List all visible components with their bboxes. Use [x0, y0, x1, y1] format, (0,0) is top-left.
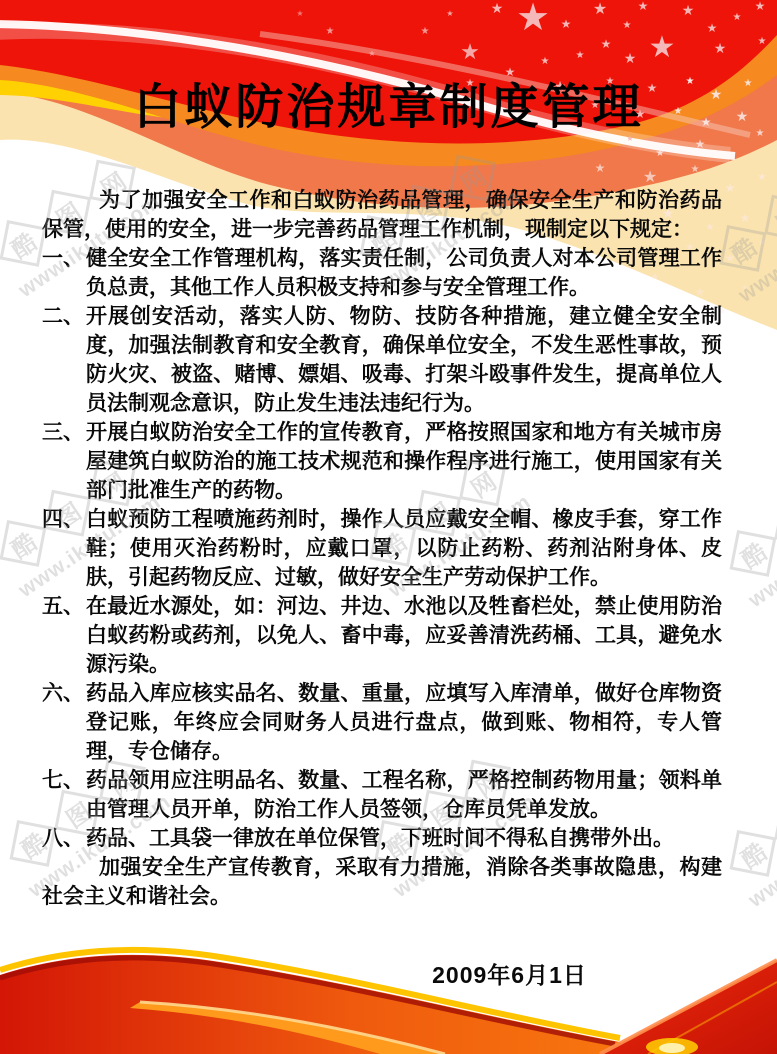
rule-text: 开展白蚁防治安全工作的宣传教育，严格按照国家和地方有关城市房屋建筑白蚁防治的施工… — [86, 418, 722, 505]
rule-item: 七、 药品领用应注明品名、数量、工程名称，严格控制药物用量；领料单由管理人员开单… — [42, 766, 722, 824]
rule-number: 七、 — [42, 766, 86, 824]
rule-text: 药品领用应注明品名、数量、工程名称，严格控制药物用量；领料单由管理人员开单，防治… — [86, 766, 722, 824]
rule-item: 一、 健全安全工作管理机构，落实责任制，公司负责人对本公司管理工作负总责，其他工… — [42, 244, 722, 302]
closing-paragraph: 加强安全生产宣传教育，采取有力措施，消除各类事故隐患，构建社会主义和谐社会。 — [42, 853, 722, 911]
rule-number: 三、 — [42, 418, 86, 505]
watermark-url: www.ikutu.com — [718, 782, 777, 931]
rule-item: 八、 药品、工具袋一律放在单位保管，下班时间不得私自携带外出。 — [42, 824, 722, 853]
rule-item: 三、 开展白蚁防治安全工作的宣传教育，严格按照国家和地方有关城市房屋建筑白蚁防治… — [42, 418, 722, 505]
watermark-logo-char: 酷 — [730, 530, 777, 577]
rule-number: 五、 — [42, 592, 86, 679]
rule-text: 在最近水源处，如：河边、井边、水池以及牲畜栏处，禁止使用防治白蚁药粉或药剂，以免… — [86, 592, 722, 679]
poster-title: 白蚁防治规章制度管理 — [0, 68, 777, 137]
termite-regulation-poster: ★★★★★★★★★★★★★★★★★★★★★★★★★★★★★★★★★★★★★★★★… — [0, 0, 777, 1054]
rule-number: 四、 — [42, 505, 86, 592]
rule-text: 白蚁预防工程喷施药剂时，操作人员应戴安全帽、橡皮手套，穿工作鞋；使用灭治药粉时，… — [86, 505, 722, 592]
rule-text: 药品入库应核实品名、数量、重量，应填写入库清单，做好仓库物资登记账，年终应会同财… — [86, 679, 722, 766]
regulation-body: 为了加强安全工作和白蚁防治药品管理，确保安全生产和防治药品保管，使用的安全，进一… — [42, 186, 722, 990]
rule-item: 四、 白蚁预防工程喷施药剂时，操作人员应戴安全帽、橡皮手套，穿工作鞋；使用灭治药… — [42, 505, 722, 592]
watermark-logo-char: 酷 — [0, 520, 46, 567]
watermark-logo-char: 酷 — [730, 830, 777, 877]
rule-text: 健全安全工作管理机构，落实责任制，公司负责人对本公司管理工作负总责，其他工作人员… — [86, 244, 722, 302]
rule-number: 二、 — [42, 302, 86, 418]
rule-number: 一、 — [42, 244, 86, 302]
rule-text: 开展创安活动，落实人防、物防、技防各种措施，建立健全安全制度，加强法制教育和安全… — [86, 302, 722, 418]
rule-number: 八、 — [42, 824, 86, 853]
rule-item: 二、 开展创安活动，落实人防、物防、技防各种措施，建立健全安全制度，加强法制教育… — [42, 302, 722, 418]
rule-text: 药品、工具袋一律放在单位保管，下班时间不得私自携带外出。 — [86, 824, 722, 853]
rule-number: 六、 — [42, 679, 86, 766]
date-text: 2009年6月1日 — [42, 961, 722, 990]
intro-paragraph: 为了加强安全工作和白蚁防治药品管理，确保安全生产和防治药品保管，使用的安全，进一… — [42, 186, 722, 244]
rule-item: 五、 在最近水源处，如：河边、井边、水池以及牲畜栏处，禁止使用防治白蚁药粉或药剂… — [42, 592, 722, 679]
rule-item: 六、 药品入库应核实品名、数量、重量，应填写入库清单，做好仓库物资登记账，年终应… — [42, 679, 722, 766]
watermark-url: www.ikutu.com — [718, 482, 777, 631]
